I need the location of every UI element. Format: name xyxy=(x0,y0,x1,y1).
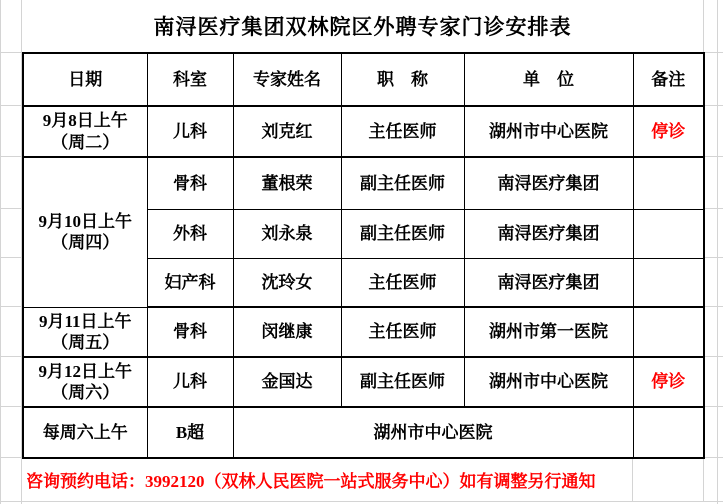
cell-dept: B超 xyxy=(147,407,233,458)
cell-name: 刘克红 xyxy=(233,106,341,157)
date-line2: （周四） xyxy=(24,232,147,253)
header-job: 职 称 xyxy=(341,53,464,106)
date-line2: （周五） xyxy=(24,332,147,353)
cell-note xyxy=(633,157,704,209)
grid-line-v xyxy=(703,0,704,52)
schedule-table: 日期 科室 专家姓名 职 称 单 位 备注 9月8日上午 （周二） 儿科 刘克红… xyxy=(22,52,705,459)
cell-dept: 外科 xyxy=(147,209,233,258)
header-name: 专家姓名 xyxy=(233,53,341,106)
grid-line-v xyxy=(717,0,718,504)
cell-job: 主任医师 xyxy=(341,307,464,357)
cell-note xyxy=(633,258,704,307)
grid-line-h xyxy=(0,52,22,53)
cell-job: 副主任医师 xyxy=(341,209,464,258)
grid-line-h xyxy=(0,501,723,502)
grid-line-v xyxy=(0,0,1,504)
table-row: 9月11日上午 （周五） 骨科 闵继康 主任医师 湖州市第一医院 xyxy=(23,307,704,357)
cell-unit: 南浔医疗集团 xyxy=(464,258,633,307)
cell-unit: 南浔医疗集团 xyxy=(464,209,633,258)
header-dept: 科室 xyxy=(147,53,233,106)
table-row: 9月10日上午 （周四） 骨科 董根荣 副主任医师 南浔医疗集团 xyxy=(23,157,704,209)
date-line1: 9月11日上午 xyxy=(24,311,147,332)
grid-line-h xyxy=(0,257,22,258)
cell-merged-unit: 湖州市中心医院 xyxy=(233,407,633,458)
cell-date: 每周六上午 xyxy=(23,407,147,458)
grid-line-h xyxy=(703,52,723,53)
grid-line-h xyxy=(703,156,723,157)
table-row: 9月12日上午 （周六） 儿科 金国达 副主任医师 湖州市中心医院 停诊 xyxy=(23,357,704,407)
cell-unit: 湖州市第一医院 xyxy=(464,307,633,357)
grid-line-h xyxy=(0,156,22,157)
cell-note xyxy=(633,209,704,258)
cell-date: 9月11日上午 （周五） xyxy=(23,307,147,357)
grid-line-v xyxy=(703,457,704,501)
cell-name: 金国达 xyxy=(233,357,341,407)
cell-name: 闵继康 xyxy=(233,307,341,357)
grid-line-h xyxy=(703,406,723,407)
page-title: 南浔医疗集团双林院区外聘专家门诊安排表 xyxy=(22,0,703,52)
date-line1: 9月8日上午 xyxy=(24,110,147,131)
grid-line-h xyxy=(703,306,723,307)
grid-line-h xyxy=(0,356,22,357)
grid-line-h xyxy=(0,208,22,209)
date-line2: （周六） xyxy=(24,382,147,403)
header-unit: 单 位 xyxy=(464,53,633,106)
cell-note xyxy=(633,307,704,357)
date-line2: （周二） xyxy=(24,132,147,153)
footer-notice: 咨询预约电话：3992120（双林人民医院一站式服务中心）如有调整另行通知 xyxy=(22,457,634,501)
cell-date: 9月12日上午 （周六） xyxy=(23,357,147,407)
cell-dept: 儿科 xyxy=(147,106,233,157)
grid-line-h xyxy=(0,406,22,407)
cell-name: 董根荣 xyxy=(233,157,341,209)
cell-note-suspended: 停诊 xyxy=(633,106,704,157)
cell-date: 9月10日上午 （周四） xyxy=(23,157,147,307)
cell-unit: 湖州市中心医院 xyxy=(464,106,633,157)
cell-job: 副主任医师 xyxy=(341,357,464,407)
cell-note-suspended: 停诊 xyxy=(633,357,704,407)
cell-unit: 湖州市中心医院 xyxy=(464,357,633,407)
cell-name: 刘永泉 xyxy=(233,209,341,258)
grid-line-h xyxy=(0,105,22,106)
cell-dept: 儿科 xyxy=(147,357,233,407)
header-date: 日期 xyxy=(23,53,147,106)
header-row: 日期 科室 专家姓名 职 称 单 位 备注 xyxy=(23,53,704,106)
header-note: 备注 xyxy=(633,53,704,106)
cell-dept: 骨科 xyxy=(147,157,233,209)
grid-line-h xyxy=(703,457,723,458)
grid-line-h xyxy=(0,457,22,458)
cell-dept: 妇产科 xyxy=(147,258,233,307)
table-row: 9月8日上午 （周二） 儿科 刘克红 主任医师 湖州市中心医院 停诊 xyxy=(23,106,704,157)
grid-line-h xyxy=(703,257,723,258)
date-line1: 9月12日上午 xyxy=(24,361,147,382)
cell-dept: 骨科 xyxy=(147,307,233,357)
grid-line-h xyxy=(703,356,723,357)
cell-note xyxy=(633,407,704,458)
cell-name: 沈玲女 xyxy=(233,258,341,307)
cell-date: 9月8日上午 （周二） xyxy=(23,106,147,157)
cell-job: 主任医师 xyxy=(341,258,464,307)
cell-unit: 南浔医疗集团 xyxy=(464,157,633,209)
date-line1: 9月10日上午 xyxy=(24,211,147,232)
grid-line-h xyxy=(703,105,723,106)
cell-job: 主任医师 xyxy=(341,106,464,157)
grid-line-h xyxy=(0,306,22,307)
spreadsheet-canvas: 南浔医疗集团双林院区外聘专家门诊安排表 日期 科室 专家姓名 职 称 单 位 备… xyxy=(0,0,723,504)
cell-job: 副主任医师 xyxy=(341,157,464,209)
table-row: 每周六上午 B超 湖州市中心医院 xyxy=(23,407,704,458)
grid-line-h xyxy=(703,208,723,209)
